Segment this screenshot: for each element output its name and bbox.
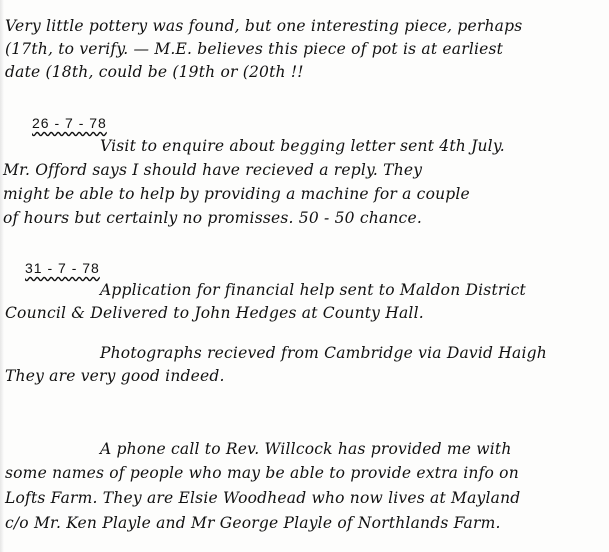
text-line: They are very good indeed. <box>5 369 225 385</box>
handwritten-page: Very little pottery was found, but one i… <box>0 0 609 552</box>
text-line: c/o Mr. Ken Playle and Mr George Playle … <box>5 516 501 532</box>
text-line: Photographs recieved from Cambridge via … <box>100 346 547 362</box>
text-line: Visit to enquire about begging letter se… <box>100 139 505 155</box>
text-line: Application for financial help sent to M… <box>100 283 526 299</box>
text-line: of hours but certainly no promisses. 50 … <box>3 211 422 227</box>
entry-date: 26 - 7 - 78 <box>32 115 107 131</box>
text-line: Very little pottery was found, but one i… <box>5 19 522 35</box>
page-edge-shadow <box>0 0 4 552</box>
text-line: some names of people who may be able to … <box>5 466 519 482</box>
entry-date: 31 - 7 - 78 <box>25 260 100 276</box>
text-line: might be able to help by providing a mac… <box>3 187 470 203</box>
text-line: Council & Delivered to John Hedges at Co… <box>5 306 424 322</box>
text-line: Lofts Farm. They are Elsie Woodhead who … <box>5 491 520 507</box>
text-line: A phone call to Rev. Willcock has provid… <box>100 442 512 458</box>
text-line: date (18th, could be (19th or (20th !! <box>5 65 304 81</box>
text-line: Mr. Offord says I should have recieved a… <box>3 163 422 179</box>
text-line: (17th, to verify. — M.E. believes this p… <box>5 42 503 58</box>
